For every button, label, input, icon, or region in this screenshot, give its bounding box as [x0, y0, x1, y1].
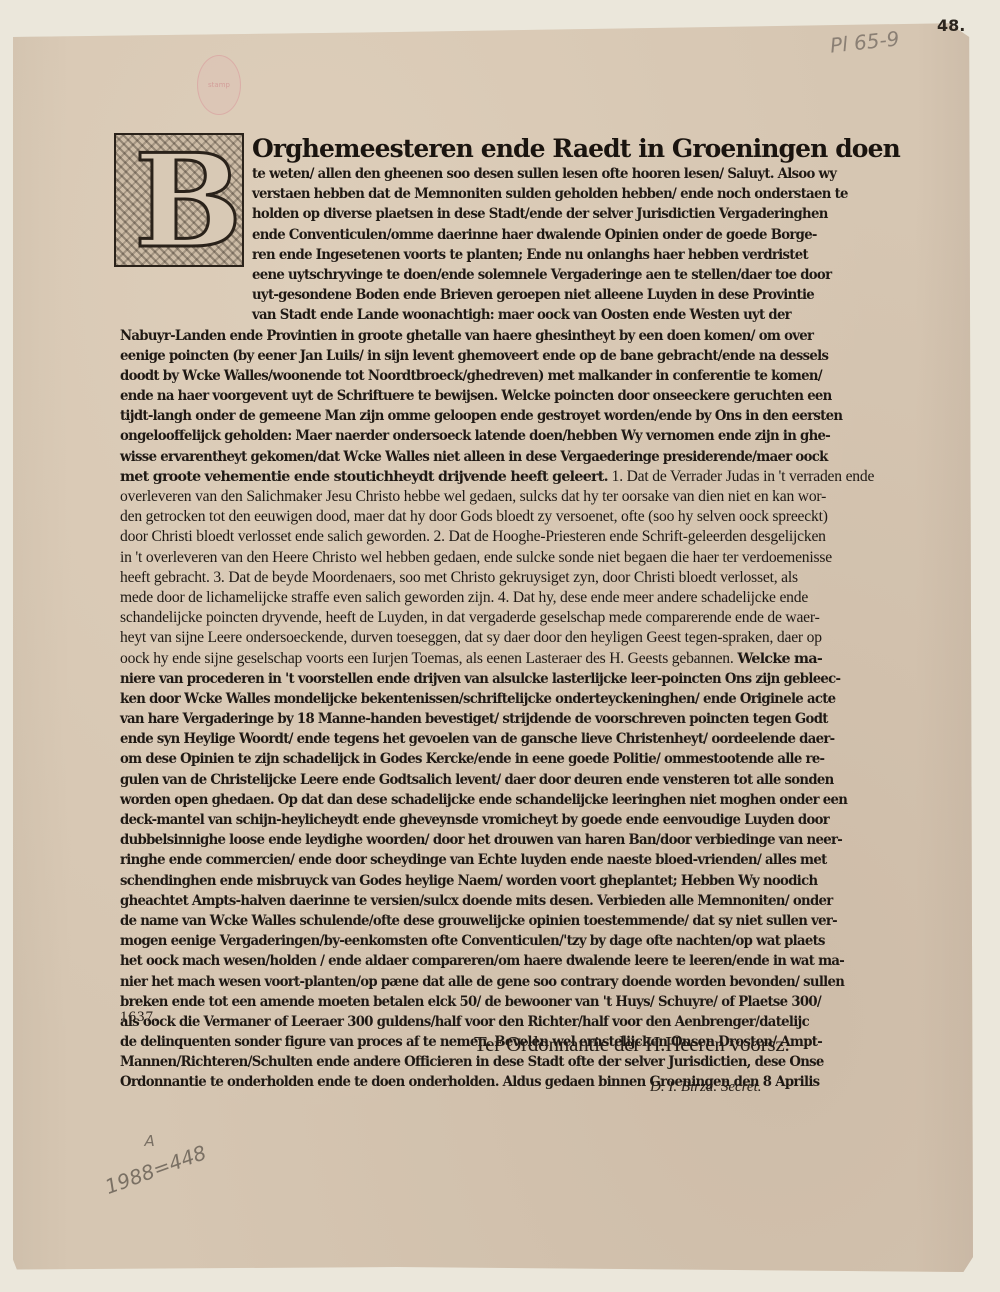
- closing-line: ringhe ende commercien/ ende door scheyd…: [120, 850, 819, 870]
- library-stamp: stamp: [197, 55, 241, 115]
- closing-line: de name van Wcke Walles schulende/ofte d…: [120, 911, 819, 931]
- secretary-signature: D. I. Birza. Secret.: [650, 1079, 762, 1096]
- closing-line: als oock die Vermaner of Leeraer 300 gul…: [120, 1012, 819, 1032]
- closing-line: om dese Opinien te zijn schadelijck in G…: [120, 749, 819, 769]
- body-line: te weten/ allen den gheenen soo desen su…: [252, 164, 830, 184]
- point-line: overleveren van den Salichmaker Jesu Chr…: [120, 487, 880, 507]
- closing-line: van hare Vergaderinge by 18 Manne-handen…: [120, 709, 819, 729]
- point-line: heyt van sijne Leere ondersoeckende, dur…: [120, 628, 880, 648]
- point-line: heeft gebracht. 3. Dat de beyde Moordena…: [120, 568, 880, 588]
- body-line: eenige poincten (by eener Jan Luils/ in …: [120, 346, 819, 366]
- closing-line: nier het mach wesen voort-planten/op pæn…: [120, 972, 819, 992]
- closing-line: schendinghen ende misbruyck van Godes he…: [120, 871, 819, 891]
- body-line: wisse ervarentheyt gekomen/dat Wcke Wall…: [120, 447, 819, 467]
- closing-line: het oock mach wesen/holden / ende aldaer…: [120, 951, 819, 971]
- body-line: van Stadt ende Lande woonachtigh: maer o…: [252, 305, 830, 325]
- body-line: doodt by Wcke Walles/woonende tot Noordt…: [120, 366, 819, 386]
- closing-line: mogen eenige Vergaderingen/by-eenkomsten…: [120, 931, 819, 951]
- date-year: 1637.: [120, 1009, 159, 1026]
- blackletter-segment: met groote vehementie ende stoutichheydt…: [120, 469, 608, 485]
- blackletter-segment: Welcke ma-: [737, 651, 822, 667]
- closing-line: deck-mantel van schijn-heylicheydt ende …: [120, 810, 819, 830]
- inventory-annotation-letter: A: [145, 1132, 155, 1150]
- point-1-intro: 1. Dat de Verrader Judas in 't verraden …: [612, 468, 875, 485]
- point-line: schandelijcke poincten dryvende, heeft d…: [120, 608, 880, 628]
- closing-line: gulen van de Christelijcke Leere ende Go…: [120, 770, 819, 790]
- point-line: oock hy ende sijne geselschap voorts een…: [120, 649, 880, 669]
- point-line: den getrocken tot den eeuwigen dood, mae…: [120, 507, 880, 527]
- body-line: eene uytschryvinge te doen/ende solemnel…: [252, 265, 830, 285]
- ordinance-text: Orghemeesteren ende Raedt in Groeningen …: [120, 133, 880, 1093]
- body-line: ende na haer voorgevent uyt de Schriftue…: [120, 386, 819, 406]
- point-line: door Christi bloedt verlosset ende salic…: [120, 527, 880, 547]
- body-line: uyt-gesondene Boden ende Brieven geroepe…: [252, 285, 830, 305]
- closing-line: niere van procederen in 't voorstellen e…: [120, 669, 819, 689]
- point-line: mede door de lichamelijcke straffe even …: [120, 588, 880, 608]
- closing-line: ken door Wcke Walles mondelijcke bekente…: [120, 689, 819, 709]
- point-line: in 't overleveren van den Heere Christo …: [120, 548, 880, 568]
- body-line: tijdt-langh onder de gemeene Man zijn om…: [120, 406, 819, 426]
- body-line: ongelooffelijck geholden: Maer naerder o…: [120, 426, 819, 446]
- body-line: ende Conventiculen/omme daerinne haer dw…: [252, 225, 830, 245]
- body-line: Nabuyr-Landen ende Provintien in groote …: [120, 326, 819, 346]
- page-number: 48.: [937, 16, 965, 35]
- body-line: holden op diverse plaetsen in dese Stadt…: [252, 204, 830, 224]
- body-line: ren ende Ingesetenen voorts te planten; …: [252, 245, 830, 265]
- body-line: verstaen hebben dat de Memnoniten sulden…: [252, 184, 830, 204]
- title-line: Orghemeesteren ende Raedt in Groeningen …: [252, 133, 880, 164]
- closing-line: ende syn Heylige Woordt/ ende tegens het…: [120, 729, 819, 749]
- closing-line: dubbelsinnighe loose ende leydighe woord…: [120, 830, 819, 850]
- body-line: met groote vehementie ende stoutichheydt…: [120, 467, 880, 487]
- closing-line: gheachtet Ampts-halven daerinne te versi…: [120, 891, 819, 911]
- closing-line: worden open ghedaen. Op dat dan dese sch…: [120, 790, 819, 810]
- closing-formula: Ter Ordonnantie der H.Heeren voorsz.: [474, 1032, 790, 1057]
- roman-segment: oock hy ende sijne geselschap voorts een…: [120, 650, 734, 667]
- closing-line: breken ende tot een amende moeten betale…: [120, 992, 819, 1012]
